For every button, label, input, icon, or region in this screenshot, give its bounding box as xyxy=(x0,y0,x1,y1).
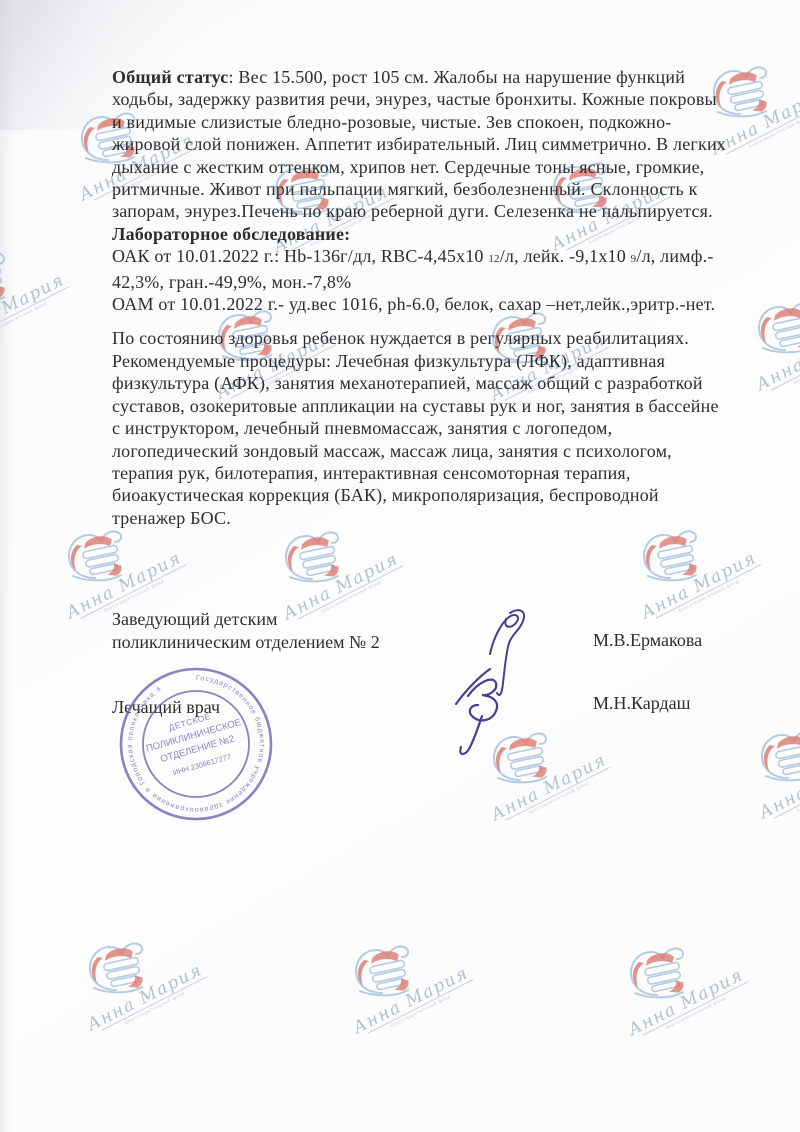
anna-maria-watermark: Анна Мария благотворительный фонд xyxy=(745,298,800,428)
watermark-fund-text: благотворительный фонд xyxy=(498,763,623,830)
watermark-script-block: Анна Мария благотворительный фонд xyxy=(350,958,485,1044)
recommendation-line: терапия рук, билотерапия, интерактивная … xyxy=(112,462,732,484)
body-line: ходьбы, задержку развития речи, энурез, … xyxy=(112,88,732,110)
watermark-script-block: Анна Мария благотворительный фонд xyxy=(625,960,760,1046)
watermark-script-block: Анна Мария благотворительный фонд xyxy=(638,543,773,629)
watermark-brand-text: Анна Мария xyxy=(753,315,800,395)
watermark-script-block: Анна Мария благотворительный фонд xyxy=(753,315,800,401)
watermark-fund-text: благотворительный фонд xyxy=(648,561,773,628)
signatory-role-1: Заведующий детским поликлиническим отдел… xyxy=(112,608,380,654)
lab-oak-line: ОАК от 10.01.2022 г.: Hb-136г/дл, RBC-4,… xyxy=(112,245,732,270)
snail-logo-icon xyxy=(65,526,131,584)
lab-section-heading: Лабораторное обследование: xyxy=(112,223,732,245)
watermark-rule-line xyxy=(506,766,612,820)
body-line: ритмичные. Живот при пальпации мягкий, б… xyxy=(112,178,732,200)
recommendation-line: суставов, озокеритовые аппликации на сус… xyxy=(112,395,732,417)
lab-oak-post: /л, лимф.- xyxy=(636,246,713,266)
anna-maria-watermark: Анна Мария благотворительный фонд xyxy=(342,941,502,1071)
lab-oak-exp12: 12 xyxy=(488,253,499,265)
watermark-script-block: Анна Мария благотворительный фонд xyxy=(756,743,800,829)
watermark-rule-line xyxy=(774,764,800,818)
general-status-text: : Вес 15.500, рост 105 см. Жалобы на нар… xyxy=(228,67,685,87)
anna-maria-watermark: Анна Мария благотворительный фонд xyxy=(617,943,777,1073)
watermark-rule-line xyxy=(643,981,749,1035)
lab-line: ОАМ от 10.01.2022 г.- уд.вес 1016, ph-6.… xyxy=(112,293,732,315)
body-line-lead: Общий статус: Вес 15.500, рост 105 см. Ж… xyxy=(112,66,732,88)
body-line: дыхание с жестким оттенком, хрипов нет. … xyxy=(112,156,732,178)
watermark-fund-text: благотворительный фонд xyxy=(360,976,485,1043)
signatory-name-1: М.В.Ермакова xyxy=(593,630,702,651)
lab-oak-mid: /л, лейк. -9,1х10 xyxy=(500,246,631,266)
watermark-rule-line xyxy=(771,336,800,390)
anna-maria-watermark: Анна Мария благотворительный фонд xyxy=(748,726,800,856)
lab-oak-pre: ОАК от 10.01.2022 г.: Hb-136г/дл, RBC-4,… xyxy=(112,246,488,266)
recommendation-line: тренажер БОС. xyxy=(112,507,732,529)
watermark-brand-text: Анна Мария xyxy=(84,955,216,1035)
scanned-document-page: Анна Мария благотворительный фонд xyxy=(0,0,800,1132)
snail-logo-icon xyxy=(86,938,152,996)
watermark-rule-line xyxy=(368,979,474,1033)
snail-logo-icon xyxy=(627,943,693,1001)
watermark-rule-line xyxy=(102,976,208,1030)
watermark-brand-text: Анна Мария xyxy=(350,958,482,1038)
snail-logo-icon xyxy=(640,526,706,584)
body-line: и видимые слизистые бледно-розовые, чист… xyxy=(112,111,732,133)
recommendation-line: физкультура (АФК), занятия механотерапие… xyxy=(112,372,732,394)
general-status-label: Общий статус xyxy=(112,67,228,87)
role-1-line-2: поликлиническим отделением № 2 xyxy=(112,631,380,654)
signatory-name-2: М.Н.Кардаш xyxy=(593,693,691,714)
recommendation-line: с инструктором, лечебный пневмомассаж, з… xyxy=(112,417,732,439)
signature-2 xyxy=(450,664,522,760)
snail-logo-icon xyxy=(282,527,348,585)
watermark-fund-text: благотворительный фонд xyxy=(635,978,760,1045)
recommendation-line: логопедический зондовый массаж, массаж л… xyxy=(112,440,732,462)
watermark-script-block: Анна Мария благотворительный фонд xyxy=(84,955,219,1041)
clinic-round-stamp: Государственное бюджетное учреждение здр… xyxy=(114,662,278,826)
document-body: Общий статус: Вес 15.500, рост 105 см. Ж… xyxy=(112,66,732,529)
page-left-edge-shadow xyxy=(0,0,14,1132)
watermark-fund-text: благотворительный фонд xyxy=(763,333,800,400)
watermark-fund-text: благотворительный фонд xyxy=(766,761,800,828)
snail-logo-icon xyxy=(755,298,800,356)
recommendation-line: биоакустическая коррекция (БАК), микропо… xyxy=(112,484,732,506)
recommendation-line: Рекомендуемые процедуры: Лечебная физкул… xyxy=(112,350,732,372)
watermark-rule-line xyxy=(656,564,762,618)
snail-logo-icon xyxy=(352,941,418,999)
watermark-fund-text: благотворительный фонд xyxy=(94,973,219,1040)
recommendation-line: По состоянию здоровья ребенок нуждается … xyxy=(112,327,732,349)
body-line: запорам, энурез.Печень по краю реберной … xyxy=(112,200,732,222)
watermark-brand-text: Анна Мария xyxy=(638,543,770,623)
role-1-line-1: Заведующий детским xyxy=(112,608,380,631)
watermark-brand-text: Анна Мария xyxy=(625,960,757,1040)
anna-maria-watermark: Анна Мария благотворительный фонд xyxy=(76,938,236,1068)
watermark-brand-text: Анна Мария xyxy=(756,743,800,823)
lab-line: 42,3%, гран.-49,9%, мон.-7,8% xyxy=(112,271,732,293)
snail-logo-icon xyxy=(758,726,800,784)
watermark-rule-line xyxy=(726,100,800,154)
anna-maria-watermark: Анна Мария благотворительный фонд xyxy=(0,248,98,378)
body-line: жировой слой понижен. Аппетит избиратель… xyxy=(112,133,732,155)
